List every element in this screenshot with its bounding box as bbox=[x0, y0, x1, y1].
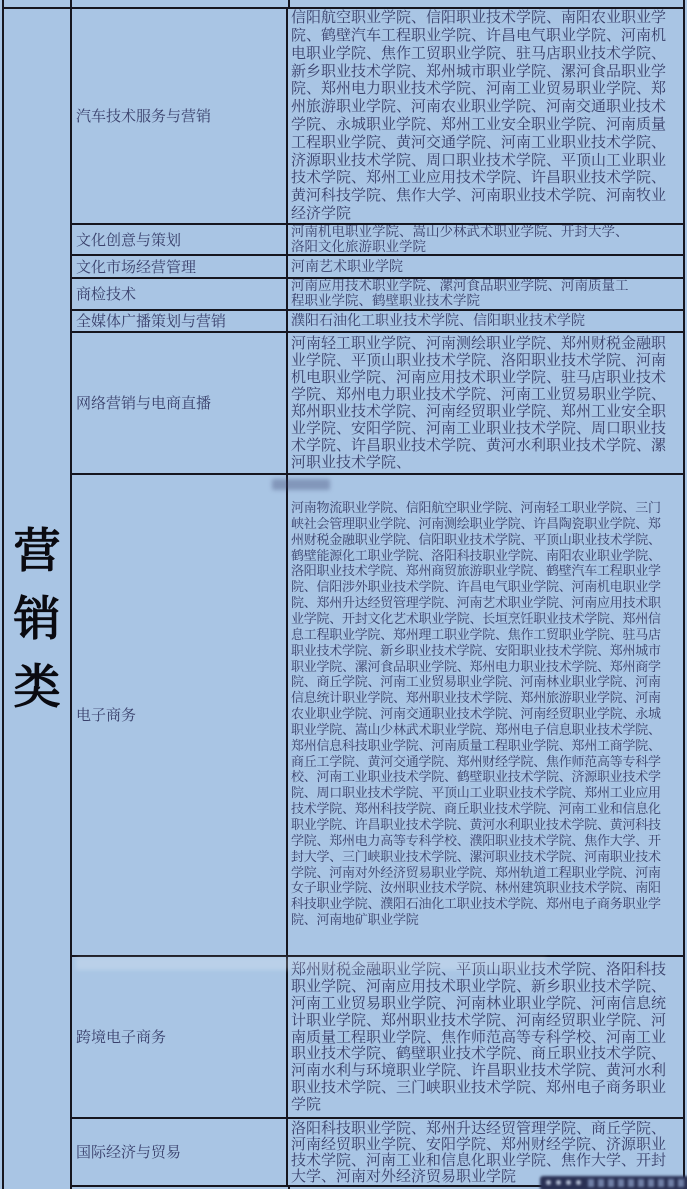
major-name: 网络营销与电商直播 bbox=[76, 394, 211, 412]
table-row: 网络营销与电商直播 河南轻工职业学院、河南测绘职业学院、郑州财税金融职 业学院、… bbox=[72, 333, 683, 475]
table-row: 跨境电子商务 郑州财税金融职业学院、平顶山职业技术学院、洛阳科技 职业学院、河南… bbox=[72, 957, 683, 1119]
colleges-cell: 河南艺术职业学院 bbox=[288, 256, 683, 277]
major-name: 文化市场经营管理 bbox=[76, 258, 196, 276]
colleges-list: 郑州财税金融职业学院、平顶山职业技术学院、洛阳科技 职业学院、河南应用技术职业学… bbox=[291, 961, 666, 1113]
category-label: 营 销 类 bbox=[14, 524, 61, 715]
colleges-cell: 河南应用技术职业学院、漯河食品职业学院、河南质量工 程职业学院、鹤壁职业技术学院 bbox=[288, 279, 683, 309]
colleges-cell: 河南物流职业学院、信阳航空职业学院、河南轻工职业学院、三门 峡社会管理职业学院、… bbox=[288, 475, 683, 955]
major-name: 全媒体广播策划与营销 bbox=[76, 312, 226, 330]
colleges-list: 信阳航空职业学院、信阳职业技术学院、南阳农业职业学 院、鹤壁汽车工程职业学院、许… bbox=[291, 9, 666, 223]
major-name-cell: 商检技术 bbox=[72, 279, 288, 309]
category-char: 销 bbox=[14, 592, 61, 647]
colleges-list: 河南机电职业学院、嵩山少林武术职业学院、开封大学、 洛阳文化旅游职业学院 bbox=[291, 225, 629, 253]
major-name: 跨境电子商务 bbox=[76, 1028, 166, 1046]
table-row: 文化创意与策划 河南机电职业学院、嵩山少林武术职业学院、开封大学、 洛阳文化旅游… bbox=[72, 225, 683, 256]
major-name-cell: 电子商务 bbox=[72, 475, 288, 955]
major-name-cell: 汽车技术服务与营销 bbox=[72, 9, 288, 223]
smudge-watermark bbox=[272, 479, 330, 490]
column-divider-stub bbox=[288, 0, 290, 7]
major-name-cell: 文化创意与策划 bbox=[72, 225, 288, 254]
major-name: 汽车技术服务与营销 bbox=[76, 107, 211, 125]
table-row: 电子商务 河南物流职业学院、信阳航空职业学院、河南轻工职业学院、三门 峡社会管理… bbox=[72, 475, 683, 957]
colleges-list: 河南艺术职业学院 bbox=[291, 258, 403, 276]
column-divider-stub bbox=[70, 0, 72, 7]
table-row: 汽车技术服务与营销 信阳航空职业学院、信阳职业技术学院、南阳农业职业学 院、鹤壁… bbox=[72, 9, 683, 225]
major-name: 文化创意与策划 bbox=[76, 231, 181, 249]
colleges-list: 洛阳科技职业学院、郑州升达经贸管理学院、商丘学院、 河南经贸职业学院、安阳学院、… bbox=[291, 1120, 666, 1185]
major-name: 商检技术 bbox=[76, 285, 136, 303]
major-name-cell: 国际经济与贸易 bbox=[72, 1119, 288, 1185]
category-table: 营 销 类 汽车技术服务与营销 信阳航空职业学院、信阳职业技术学院、南阳农业职业… bbox=[2, 0, 685, 1189]
page: 营 销 类 汽车技术服务与营销 信阳航空职业学院、信阳职业技术学院、南阳农业职业… bbox=[0, 0, 687, 1189]
colleges-cell: 濮阳石油化工职业技术学院、信阳职业技术学院 bbox=[288, 311, 683, 331]
colleges-cell: 河南轻工职业学院、河南测绘职业学院、郑州财税金融职 业学院、平顶山职业技术学院、… bbox=[288, 333, 683, 473]
table-body: 营 销 类 汽车技术服务与营销 信阳航空职业学院、信阳职业技术学院、南阳农业职业… bbox=[4, 9, 683, 1189]
major-name: 国际经济与贸易 bbox=[76, 1143, 181, 1161]
major-name-cell: 跨境电子商务 bbox=[72, 957, 288, 1117]
major-name-cell: 网络营销与电商直播 bbox=[72, 333, 288, 473]
colleges-list: 河南物流职业学院、信阳航空职业学院、河南轻工职业学院、三门 峡社会管理职业学院、… bbox=[291, 501, 661, 929]
colleges-list: 河南轻工职业学院、河南测绘职业学院、郑州财税金融职 业学院、平顶山职业技术学院、… bbox=[291, 335, 666, 471]
table-row: 文化市场经营管理 河南艺术职业学院 bbox=[72, 256, 683, 279]
colleges-cell: 信阳航空职业学院、信阳职业技术学院、南阳农业职业学 院、鹤壁汽车工程职业学院、许… bbox=[288, 9, 683, 223]
table-row: 全媒体广播策划与营销 濮阳石油化工职业技术学院、信阳职业技术学院 bbox=[72, 311, 683, 333]
colleges-list: 河南应用技术职业学院、漯河食品职业学院、河南质量工 程职业学院、鹤壁职业技术学院 bbox=[291, 279, 629, 308]
major-name: 电子商务 bbox=[76, 706, 136, 724]
colleges-cell: 郑州财税金融职业学院、平顶山职业技术学院、洛阳科技 职业学院、河南应用技术职业学… bbox=[288, 957, 683, 1117]
major-name-cell: 文化市场经营管理 bbox=[72, 256, 288, 277]
category-column: 营 销 类 bbox=[4, 9, 72, 1189]
table-row: 商检技术 河南应用技术职业学院、漯河食品职业学院、河南质量工 程职业学院、鹤壁职… bbox=[72, 279, 683, 311]
faint-watermark bbox=[76, 957, 546, 970]
colleges-cell: 河南机电职业学院、嵩山少林武术职业学院、开封大学、 洛阳文化旅游职业学院 bbox=[288, 225, 683, 254]
category-char: 营 bbox=[14, 524, 61, 579]
category-char: 类 bbox=[14, 660, 61, 715]
colleges-list: 濮阳石油化工职业技术学院、信阳职业技术学院 bbox=[291, 313, 585, 330]
source-watermark bbox=[540, 1176, 687, 1189]
majors-and-colleges: 汽车技术服务与营销 信阳航空职业学院、信阳职业技术学院、南阳农业职业学 院、鹤壁… bbox=[72, 9, 683, 1189]
prev-row-sliver bbox=[4, 0, 683, 9]
major-name-cell: 全媒体广播策划与营销 bbox=[72, 311, 288, 331]
